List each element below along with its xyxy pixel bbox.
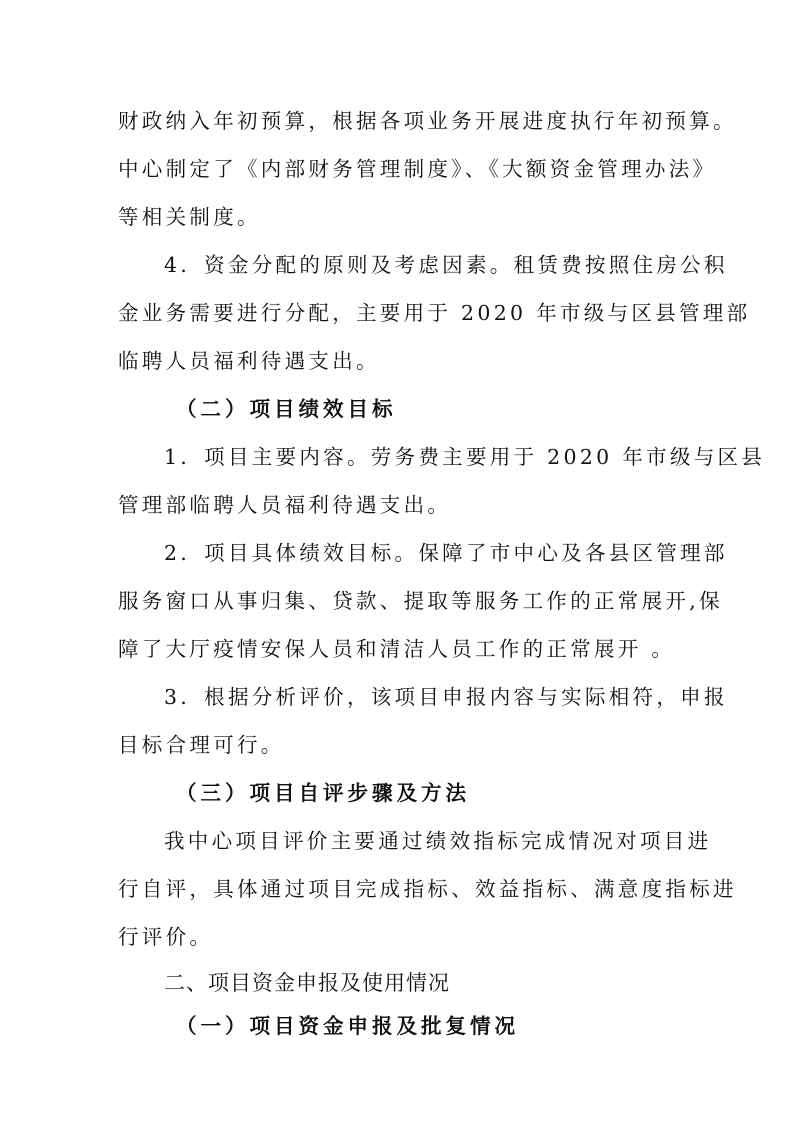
section-heading: （三）项目自评步骤及方法	[176, 779, 470, 807]
paragraph-line: 金业务需要进行分配，主要用于 2020 年市级与区县管理部	[118, 299, 750, 327]
section-heading: （二）项目绩效目标	[176, 395, 397, 423]
paragraph-line: 行自评，具体通过项目完成指标、效益指标、满意度指标进	[118, 875, 737, 903]
paragraph-line: 3．根据分析评价，该项目申报内容与实际相符，申报	[164, 683, 728, 711]
paragraph-line: 障了大厅疫情安保人员和清洁人员工作的正常展开 。	[118, 635, 675, 663]
paragraph-line: 临聘人员福利待遇支出。	[118, 347, 380, 375]
paragraph-line: 4．资金分配的原则及考虑因素。租赁费按照住房公积	[164, 251, 728, 279]
paragraph-line: 目标合理可行。	[118, 731, 285, 759]
paragraph-line: 我中心项目评价主要通过绩效指标完成情况对项目进	[164, 827, 711, 855]
paragraph-line: 财政纳入年初预算，根据各项业务开展进度执行年初预算。	[118, 107, 737, 135]
paragraph-line: 管理部临聘人员福利待遇支出。	[118, 491, 451, 519]
paragraph-line: 中心制定了《内部财务管理制度》、《大额资金管理办法》	[118, 155, 716, 183]
paragraph-line: 2．项目具体绩效目标。保障了市中心及各县区管理部	[164, 539, 728, 567]
paragraph-line: 1．项目主要内容。劳务费主要用于 2020 年市级与区县	[164, 443, 765, 471]
paragraph-line: 服务窗口从事归集、贷款、提取等服务工作的正常展开,保	[118, 587, 723, 615]
paragraph-line: 等相关制度。	[118, 203, 261, 231]
chapter-heading: 二、项目资金申报及使用情况	[164, 969, 450, 997]
paragraph-line: 行评价。	[118, 923, 213, 951]
section-heading: （一）项目资金申报及批复情况	[176, 1012, 519, 1040]
